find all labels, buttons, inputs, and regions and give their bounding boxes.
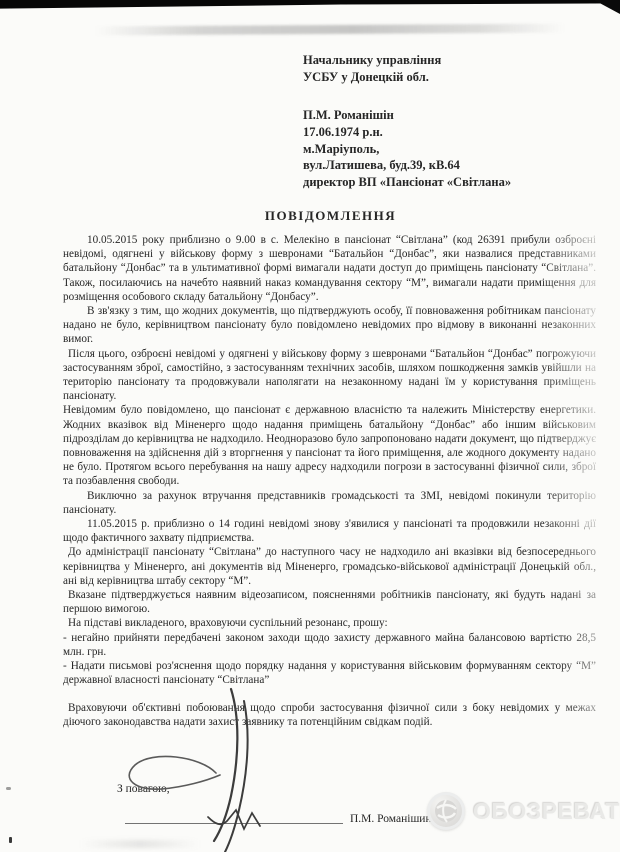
scanned-document-page: Начальнику управління УСБУ у Донецкій об… bbox=[0, 0, 620, 852]
sender-city: м.Маріуполь, bbox=[303, 141, 511, 158]
body-paragraph: Вказане підтверджується наявним відеозап… bbox=[63, 588, 596, 616]
scan-smudge-line bbox=[95, 24, 565, 36]
scan-fade-right bbox=[560, 528, 620, 718]
closing-salutation: З повагою, bbox=[117, 783, 170, 795]
body-paragraph: Виключно за рахунок втручання представни… bbox=[63, 489, 596, 517]
recipient-block: Начальнику управління УСБУ у Донецкій об… bbox=[303, 52, 441, 86]
sender-name: П.М. Романішін bbox=[303, 107, 511, 124]
body-paragraph: На підставі викладеного, враховуючи сусп… bbox=[63, 616, 596, 630]
signature-name: П.М. Романішин bbox=[350, 813, 432, 825]
recipient-line: Начальнику управління bbox=[303, 52, 441, 69]
body-paragraph: До адміністрації пансіонату “Світлана” д… bbox=[63, 545, 596, 588]
body-paragraph: Враховуючи об'єктивні побоювання щодо сп… bbox=[63, 701, 596, 729]
body-paragraph: Після цього, озброєні невідомі у одягнен… bbox=[63, 347, 596, 404]
document-title: ПОВІДОМЛЕННЯ bbox=[63, 208, 598, 224]
sender-block: П.М. Романішін 17.06.1974 р.н. м.Маріупо… bbox=[303, 107, 511, 191]
watermark-text: ОБОЗРЕВАТЕЛЬ bbox=[473, 798, 620, 825]
scan-speck bbox=[6, 787, 11, 790]
document-body: 10.05.2015 року приблизно о 9.00 в с. Ме… bbox=[63, 233, 596, 729]
sender-position: директор ВП «Пансіонат «Світлана» bbox=[303, 174, 511, 191]
body-paragraph: - негайно прийняти передбачені законом з… bbox=[63, 631, 596, 659]
body-paragraph: Невідомим було повідомлено, що пансіонат… bbox=[63, 403, 596, 488]
recipient-line: УСБУ у Донецкій обл. bbox=[303, 69, 441, 86]
scan-corner-fold bbox=[594, 0, 620, 14]
scan-smudge-bottom bbox=[80, 840, 200, 848]
scan-speck bbox=[9, 837, 12, 843]
sender-address: вул.Латишева, буд.39, кВ.64 bbox=[303, 157, 511, 174]
body-paragraph: В зв'язку з тим, що жодних документів, щ… bbox=[63, 304, 596, 347]
signature-line bbox=[125, 810, 343, 824]
body-paragraph: - Надати письмові роз'яснення щодо поряд… bbox=[63, 659, 596, 687]
scan-fade-right bbox=[542, 228, 620, 528]
scan-top-edge bbox=[0, 0, 620, 12]
globe-icon bbox=[427, 792, 465, 830]
body-paragraph: 10.05.2015 року приблизно о 9.00 в с. Ме… bbox=[63, 233, 596, 304]
sender-birthdate: 17.06.1974 р.н. bbox=[303, 124, 511, 141]
obozrevatel-watermark: ОБОЗРЕВАТЕЛЬ bbox=[427, 792, 620, 830]
body-paragraph: 11.05.2015 р. приблизно о 14 годині неві… bbox=[63, 517, 596, 545]
